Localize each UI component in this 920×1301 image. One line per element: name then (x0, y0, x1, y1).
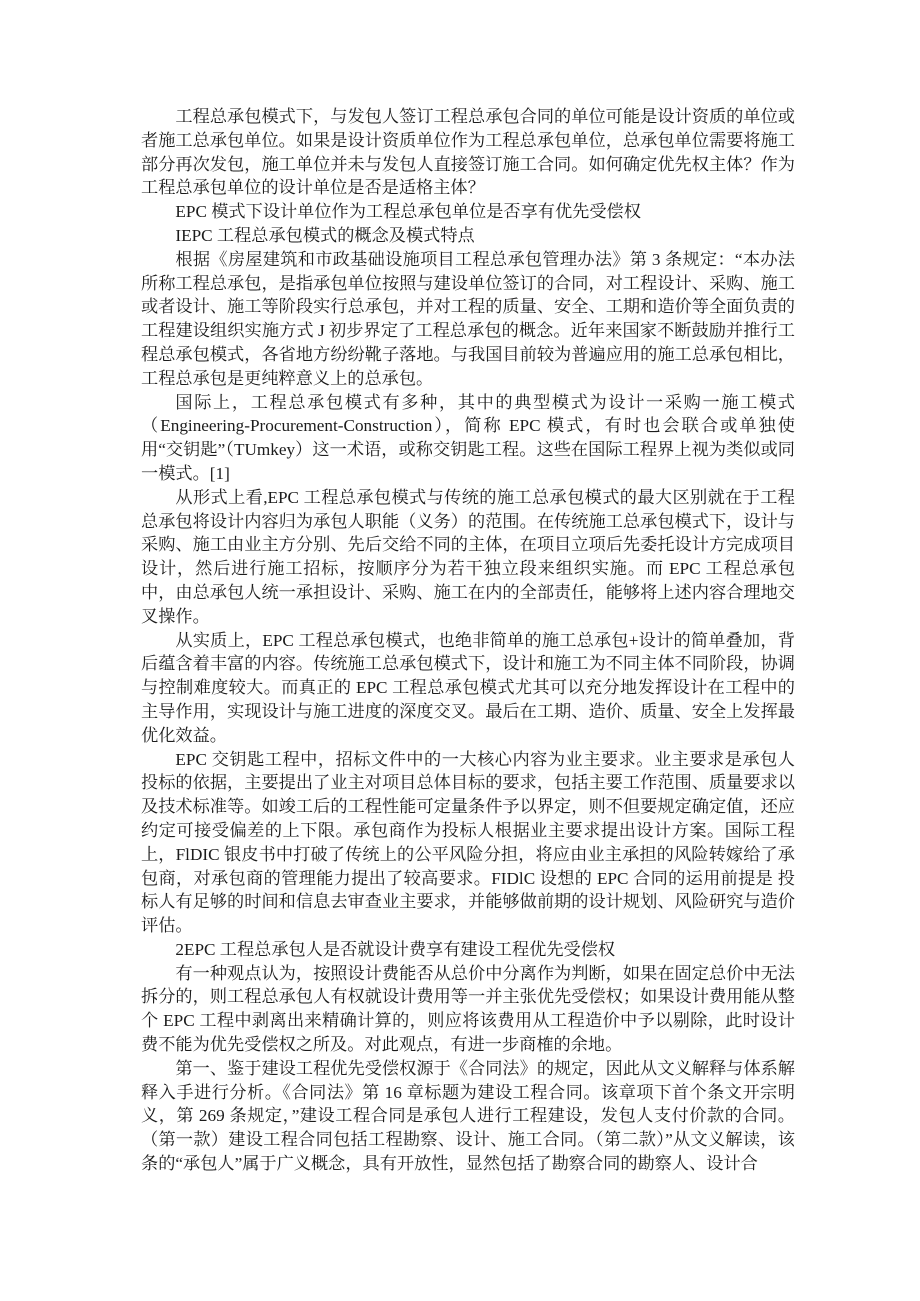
paragraph-viewpoint-analysis: 有一种观点认为，按照设计费能否从总价中分离作为判断，如果在固定总价中无法拆分的，… (141, 962, 795, 1057)
heading-epc-concept: IEPC 工程总承包模式的概念及模式特点 (141, 224, 795, 248)
paragraph-intro: 工程总承包模式下，与发包人签订工程总承包合同的单位可能是设计资质的单位或者施工总… (141, 105, 795, 200)
paragraph-employer-requirements: EPC 交钥匙工程中，招标文件中的一大核心内容为业主要求。业主要求是承包人投标的… (141, 748, 795, 938)
heading-design-fee-question: 2EPC 工程总承包人是否就设计费享有建设工程优先受偿权 (141, 938, 795, 962)
paragraph-substance-difference: 从实质上，EPC 工程总承包模式，也绝非简单的施工总承包+设计的简单叠加，背后蕴… (141, 629, 795, 748)
paragraph-international-models: 国际上，工程总承包模式有多种，其中的典型模式为设计一采购一施工模式（Engine… (141, 391, 795, 486)
paragraph-regulation-definition: 根据《房屋建筑和市政基础设施项目工程总承包管理办法》第 3 条规定：“本办法所称… (141, 248, 795, 391)
heading-epc-priority-question: EPC 模式下设计单位作为工程总承包单位是否享有优先受偿权 (141, 200, 795, 224)
paragraph-form-difference: 从形式上看,EPC 工程总承包模式与传统的施工总承包模式的最大区别就在于工程总承… (141, 486, 795, 629)
paragraph-contract-law-analysis: 第一、鉴于建设工程优先受偿权源于《合同法》的规定，因此从文义解释与体系解释入手进… (141, 1057, 795, 1176)
document-page: 工程总承包模式下，与发包人签订工程总承包合同的单位可能是设计资质的单位或者施工总… (141, 105, 795, 1176)
